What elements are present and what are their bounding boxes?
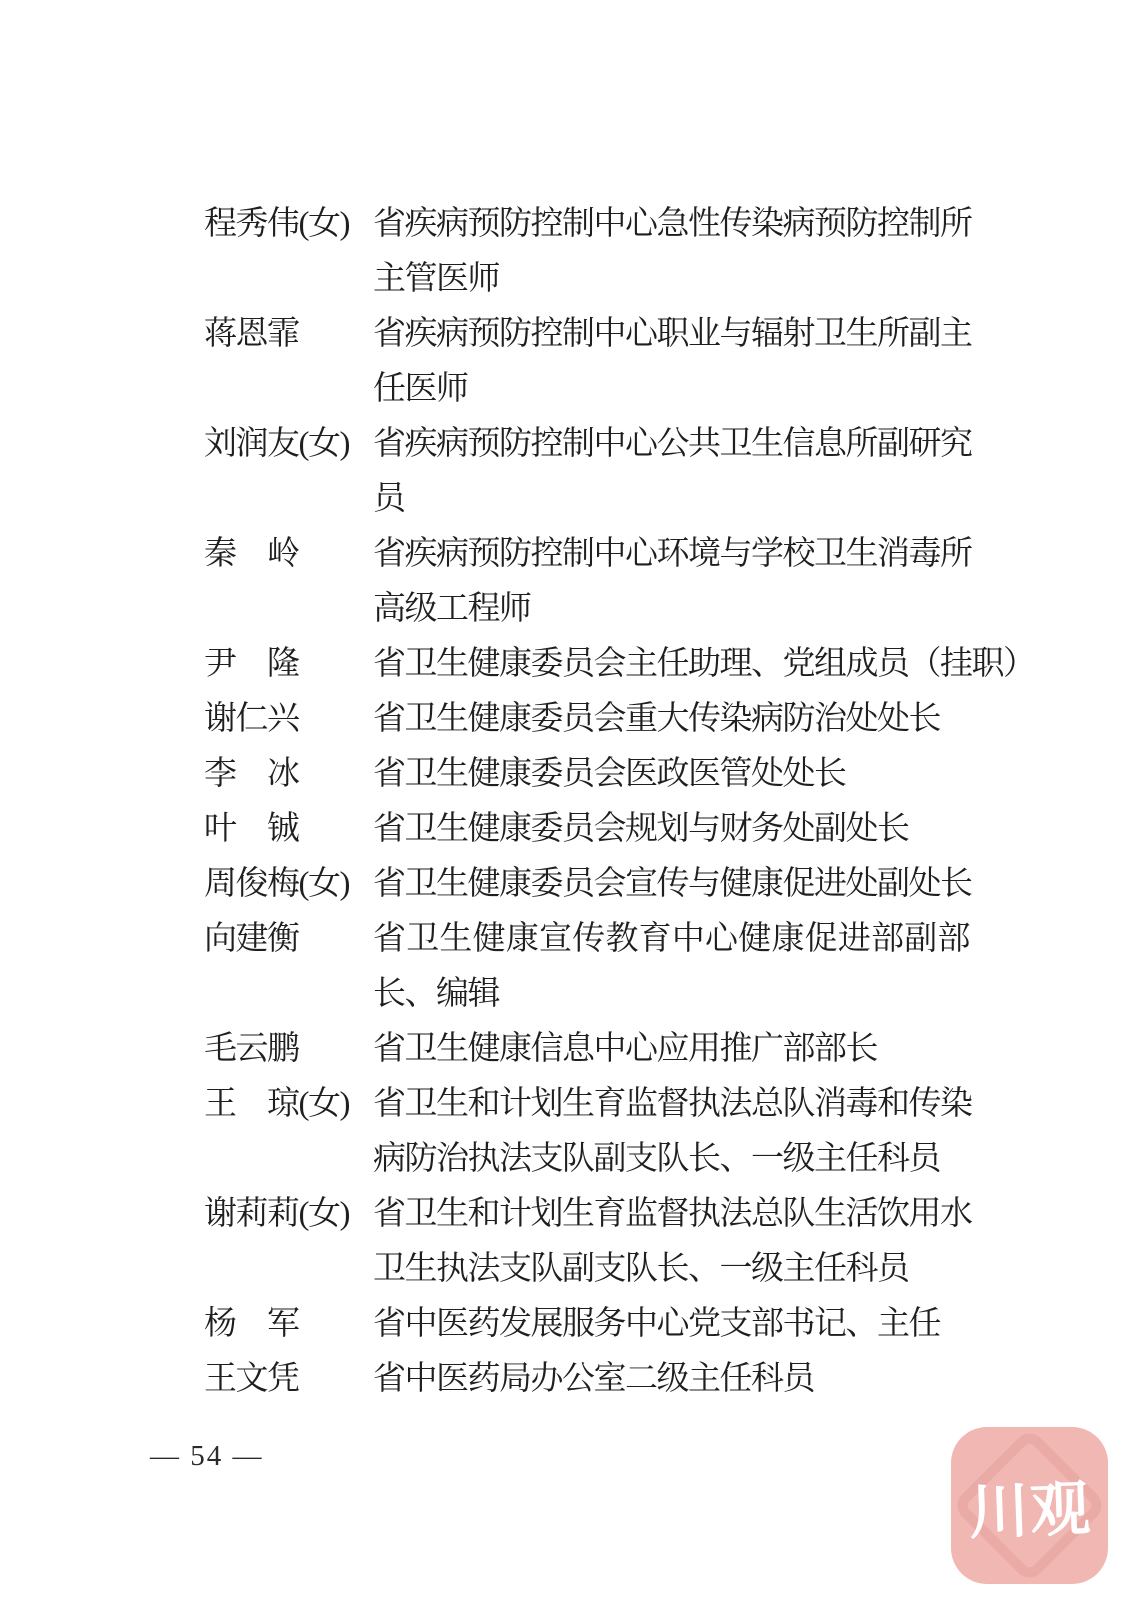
title-line: 省中医药发展服务中心党支部书记、主任 xyxy=(373,1297,969,1352)
title-line: 省卫生健康委员会重大传染病防治处处长 xyxy=(373,692,969,747)
person-title: 省疾病预防控制中心环境与学校卫生消毒所高级工程师 xyxy=(373,527,969,637)
title-line: 省中医药局办公室二级主任科员 xyxy=(373,1352,969,1407)
person-name: 程秀伟(女) xyxy=(204,197,373,252)
title-line: 卫生执法支队副支队长、一级主任科员 xyxy=(373,1242,969,1297)
person-title: 省卫生健康委员会重大传染病防治处处长 xyxy=(373,692,969,747)
logo-text: 川观 xyxy=(967,1460,1092,1550)
roster-entry: 叶 铖省卫生健康委员会规划与财务处副处长 xyxy=(204,802,1004,857)
title-line: 长、编辑 xyxy=(373,967,969,1022)
title-line: 省卫生和计划生育监督执法总队生活饮用水 xyxy=(373,1187,969,1242)
person-name: 刘润友(女) xyxy=(204,417,373,472)
person-name: 尹 隆 xyxy=(204,637,373,692)
document-page: 程秀伟(女)省疾病预防控制中心急性传染病预防控制所主管医师蒋恩霏省疾病预防控制中… xyxy=(0,0,1124,1600)
person-title: 省疾病预防控制中心急性传染病预防控制所主管医师 xyxy=(373,197,969,307)
roster: 程秀伟(女)省疾病预防控制中心急性传染病预防控制所主管医师蒋恩霏省疾病预防控制中… xyxy=(204,197,1004,1407)
title-line: 省卫生和计划生育监督执法总队消毒和传染 xyxy=(373,1077,969,1132)
person-title: 省卫生健康委员会主任助理、党组成员（挂职） xyxy=(373,637,969,692)
person-name: 向建衡 xyxy=(204,912,373,967)
roster-entry: 谢仁兴省卫生健康委员会重大传染病防治处处长 xyxy=(204,692,1004,747)
person-title: 省卫生健康信息中心应用推广部部长 xyxy=(373,1022,969,1077)
person-title: 省中医药发展服务中心党支部书记、主任 xyxy=(373,1297,969,1352)
roster-entry: 周俊梅(女)省卫生健康委员会宣传与健康促进处副处长 xyxy=(204,857,1004,912)
roster-entry: 谢莉莉(女)省卫生和计划生育监督执法总队生活饮用水卫生执法支队副支队长、一级主任… xyxy=(204,1187,1004,1297)
person-name: 谢仁兴 xyxy=(204,692,373,747)
person-name: 谢莉莉(女) xyxy=(204,1187,373,1242)
person-name: 李 冰 xyxy=(204,747,373,802)
roster-entry: 向建衡省卫生健康宣传教育中心健康促进部副部长、编辑 xyxy=(204,912,1004,1022)
roster-entry: 蒋恩霏省疾病预防控制中心职业与辐射卫生所副主任医师 xyxy=(204,307,1004,417)
roster-entry: 程秀伟(女)省疾病预防控制中心急性传染病预防控制所主管医师 xyxy=(204,197,1004,307)
person-name: 毛云鹏 xyxy=(204,1022,373,1077)
person-name: 秦 岭 xyxy=(204,527,373,582)
roster-entry: 毛云鹏省卫生健康信息中心应用推广部部长 xyxy=(204,1022,1004,1077)
title-line: 高级工程师 xyxy=(373,582,969,637)
person-name: 王文凭 xyxy=(204,1352,373,1407)
title-line: 省卫生健康委员会规划与财务处副处长 xyxy=(373,802,969,857)
page-number: — 54 — xyxy=(150,1436,264,1476)
person-title: 省中医药局办公室二级主任科员 xyxy=(373,1352,969,1407)
person-title: 省卫生和计划生育监督执法总队消毒和传染病防治执法支队副支队长、一级主任科员 xyxy=(373,1077,969,1187)
person-title: 省卫生和计划生育监督执法总队生活饮用水卫生执法支队副支队长、一级主任科员 xyxy=(373,1187,969,1297)
person-name: 蒋恩霏 xyxy=(204,307,373,362)
roster-entry: 李 冰省卫生健康委员会医政医管处处长 xyxy=(204,747,1004,802)
title-line: 病防治执法支队副支队长、一级主任科员 xyxy=(373,1132,969,1187)
person-title: 省卫生健康宣传教育中心健康促进部副部长、编辑 xyxy=(373,912,969,1022)
person-name: 叶 铖 xyxy=(204,802,373,857)
person-title: 省卫生健康委员会宣传与健康促进处副处长 xyxy=(373,857,969,912)
title-line: 省疾病预防控制中心急性传染病预防控制所 xyxy=(373,197,969,252)
title-line: 任医师 xyxy=(373,362,969,417)
title-line: 省疾病预防控制中心公共卫生信息所副研究 xyxy=(373,417,969,472)
person-title: 省卫生健康委员会规划与财务处副处长 xyxy=(373,802,969,857)
roster-entry: 王文凭省中医药局办公室二级主任科员 xyxy=(204,1352,1004,1407)
title-line: 省卫生健康信息中心应用推广部部长 xyxy=(373,1022,969,1077)
roster-entry: 尹 隆省卫生健康委员会主任助理、党组成员（挂职） xyxy=(204,637,1004,692)
roster-entry: 杨 军省中医药发展服务中心党支部书记、主任 xyxy=(204,1297,1004,1352)
title-line: 省疾病预防控制中心环境与学校卫生消毒所 xyxy=(373,527,969,582)
title-line: 省卫生健康委员会主任助理、党组成员（挂职） xyxy=(373,637,969,692)
roster-entry: 刘润友(女)省疾病预防控制中心公共卫生信息所副研究员 xyxy=(204,417,1004,527)
person-name: 周俊梅(女) xyxy=(204,857,373,912)
roster-entry: 秦 岭省疾病预防控制中心环境与学校卫生消毒所高级工程师 xyxy=(204,527,1004,637)
title-line: 主管医师 xyxy=(373,252,969,307)
title-line: 省卫生健康委员会宣传与健康促进处副处长 xyxy=(373,857,969,912)
chuanguan-watermark-logo: 川观 xyxy=(951,1427,1108,1584)
person-name: 王 琼(女) xyxy=(204,1077,373,1132)
roster-entry: 王 琼(女)省卫生和计划生育监督执法总队消毒和传染病防治执法支队副支队长、一级主… xyxy=(204,1077,1004,1187)
person-title: 省疾病预防控制中心公共卫生信息所副研究员 xyxy=(373,417,969,527)
title-line: 员 xyxy=(373,472,969,527)
person-title: 省疾病预防控制中心职业与辐射卫生所副主任医师 xyxy=(373,307,969,417)
title-line: 省疾病预防控制中心职业与辐射卫生所副主 xyxy=(373,307,969,362)
person-name: 杨 军 xyxy=(204,1297,373,1352)
title-line: 省卫生健康委员会医政医管处处长 xyxy=(373,747,969,802)
title-line: 省卫生健康宣传教育中心健康促进部副部 xyxy=(373,912,969,967)
person-title: 省卫生健康委员会医政医管处处长 xyxy=(373,747,969,802)
